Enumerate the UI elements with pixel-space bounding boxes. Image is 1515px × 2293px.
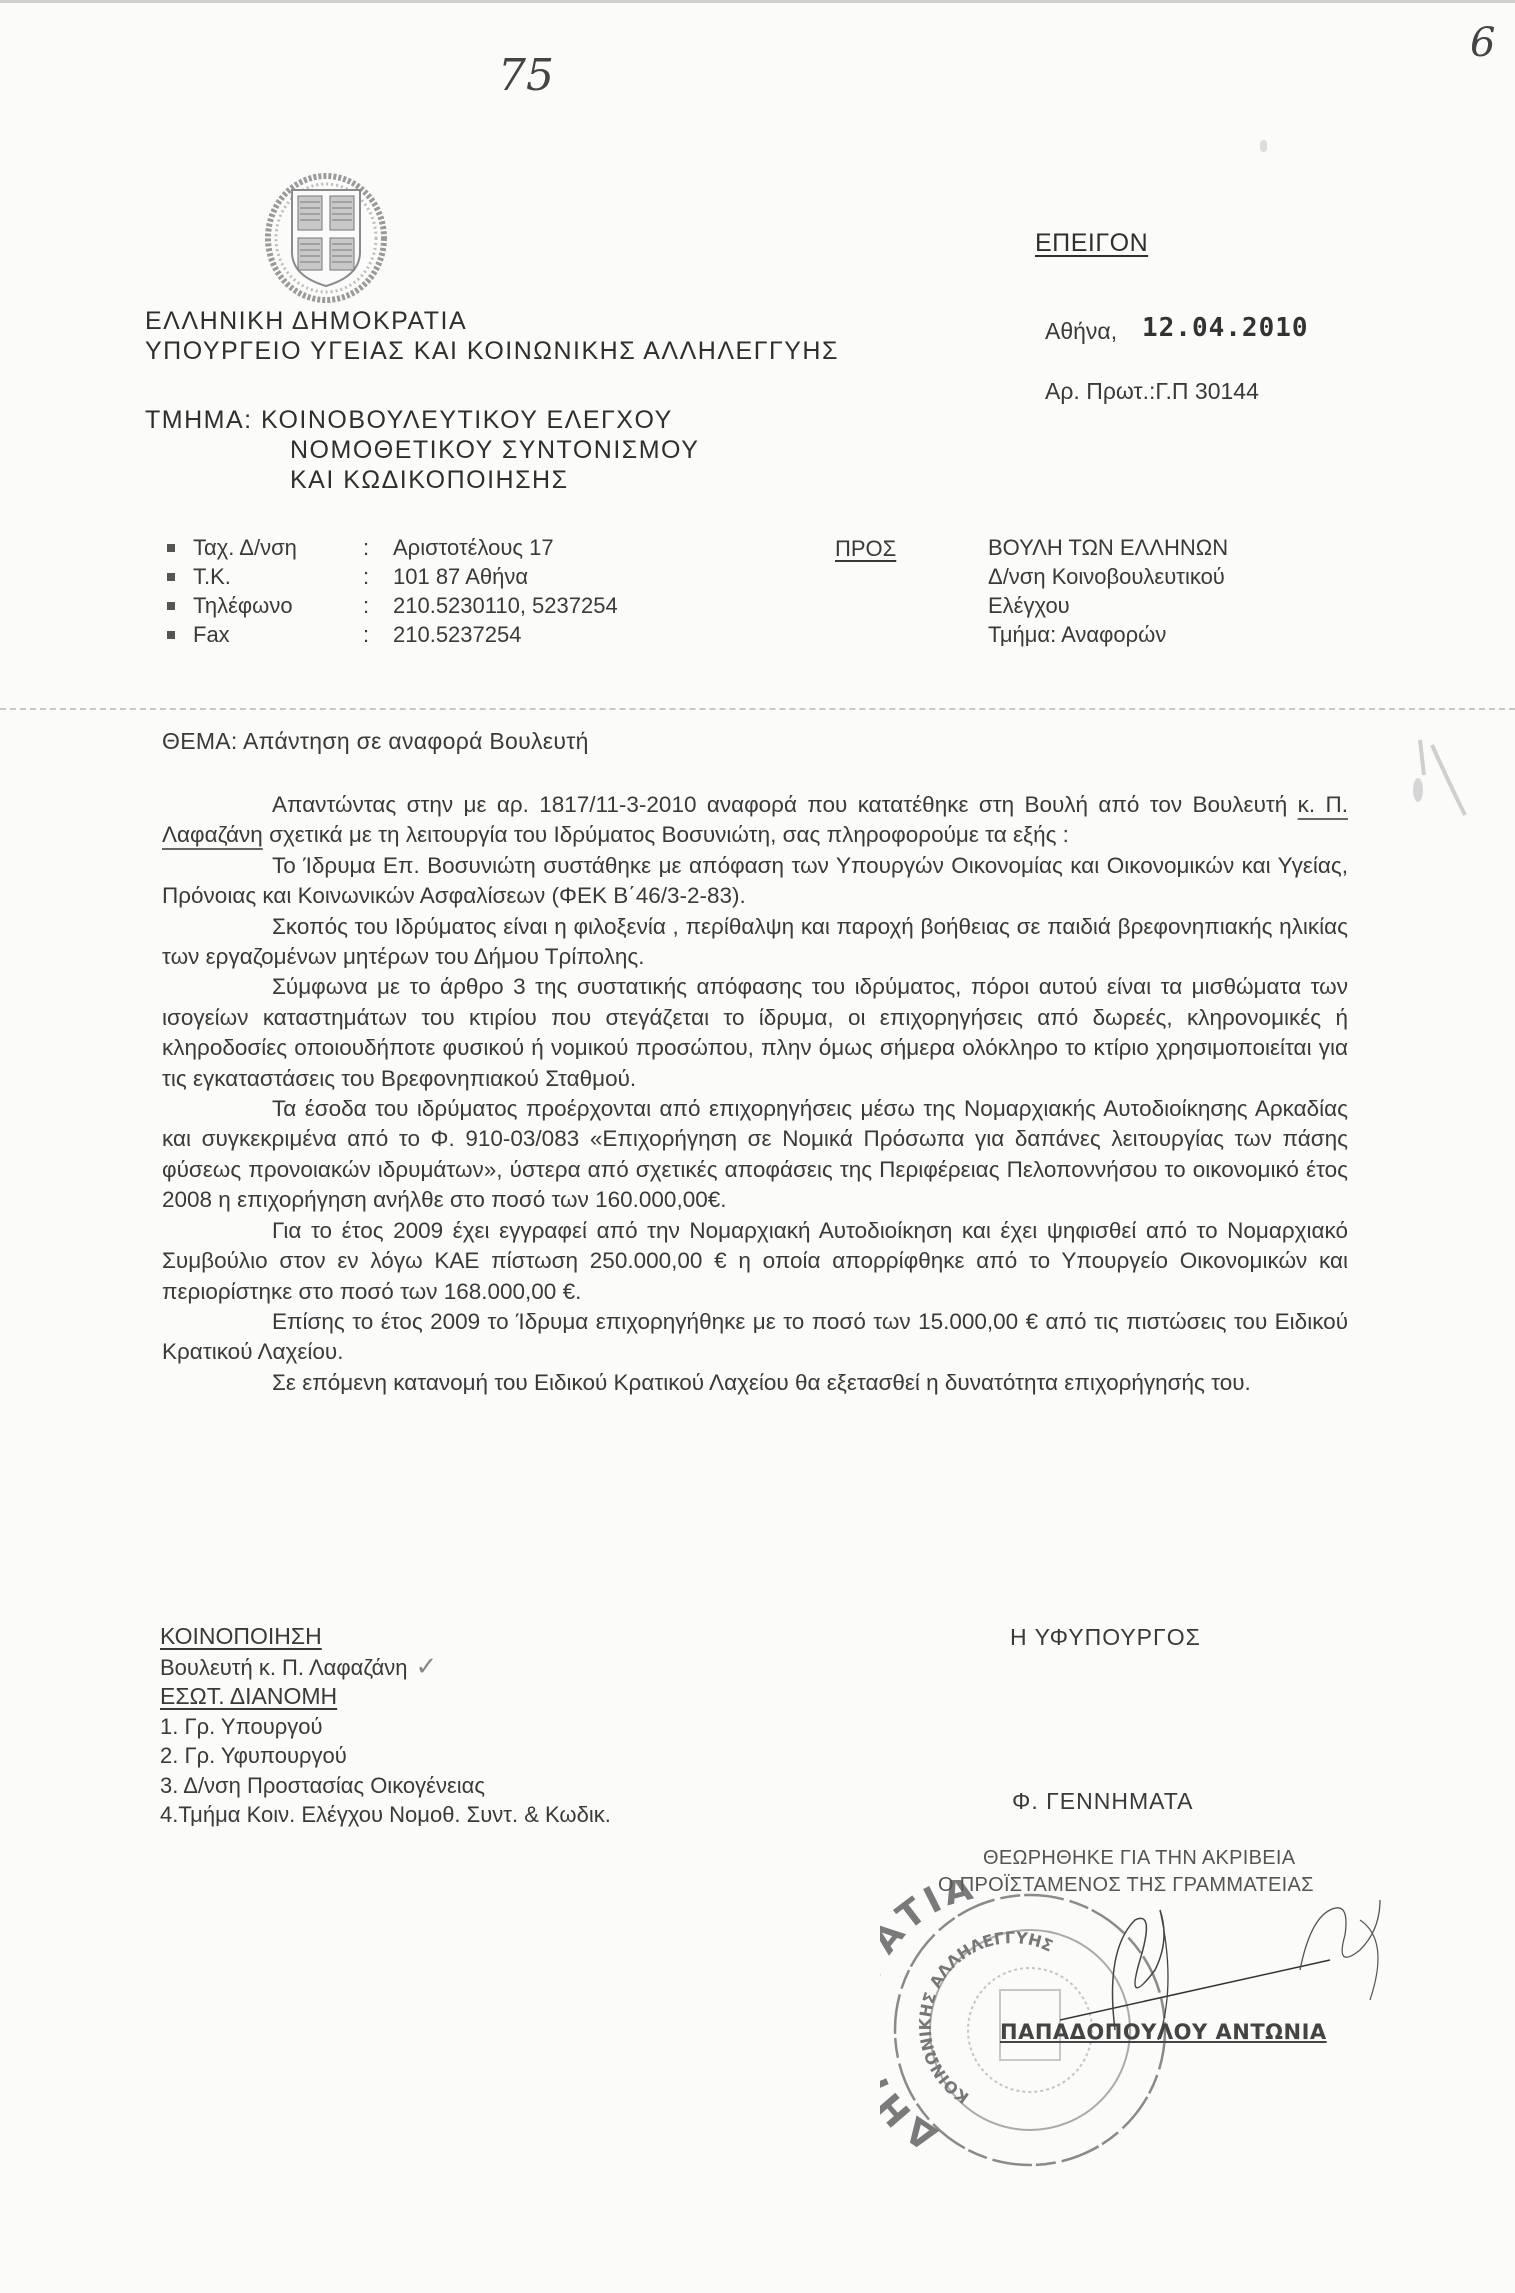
bullet-icon	[167, 631, 175, 639]
contact-row-address: Ταχ. Δ/νση : Αριστοτέλους 17	[167, 533, 618, 562]
contact-row-postcode: Τ.Κ. : 101 87 Αθήνα	[167, 562, 618, 591]
body-paragraph: Τα έσοδα του ιδρύματος προέρχονται από ε…	[162, 1094, 1348, 1216]
body-paragraph: Σκοπός του Ιδρύματος είναι η φιλοξενία ,…	[162, 912, 1348, 973]
contact-block: Ταχ. Δ/νση : Αριστοτέλους 17 Τ.Κ. : 101 …	[167, 533, 618, 649]
cc-heading: ΚΟΙΝΟΠΟΙΗΣΗ	[160, 1622, 611, 1652]
internal-distribution-item: 2. Γρ. Υφυπουργού	[160, 1741, 611, 1771]
recipient-line: ΒΟΥΛΗ ΤΩΝ ΕΛΛΗΝΩΝ	[988, 533, 1228, 562]
bullet-icon	[167, 573, 175, 581]
internal-distribution-item: 3. Δ/νση Προστασίας Οικογένειας	[160, 1771, 611, 1801]
recipient-line: Ελέγχου	[988, 591, 1228, 620]
recipient-line: Δ/νση Κοινοβουλευτικού	[988, 562, 1228, 591]
department-line-2: ΝΟΜΟΘΕΤΙΚΟΥ ΣΥΝΤΟΝΙΣΜΟΥ	[290, 436, 699, 465]
subject-line: ΘΕΜΑ: Απάντηση σε αναφορά Βουλευτή	[162, 728, 589, 755]
contact-row-fax: Fax : 210.5237254	[167, 620, 618, 649]
protocol-number: Αρ. Πρωτ.:Γ.Π 30144	[1045, 378, 1259, 405]
department-line-3: ΚΑΙ ΚΩΔΙΚΟΠΟΙΗΣΗΣ	[290, 466, 569, 495]
recipient-block: ΒΟΥΛΗ ΤΩΝ ΕΛΛΗΝΩΝ Δ/νση Κοινοβουλευτικού…	[988, 533, 1228, 649]
republic-heading: ΕΛΛΗΝΙΚΗ ΔΗΜΟΚΡΑΤΙΑ	[145, 307, 467, 336]
recipient-line: Τμήμα: Αναφορών	[988, 620, 1228, 649]
letter-body: Απαντώντας στην με αρ. 1817/11-3-2010 αν…	[162, 790, 1348, 1398]
body-paragraph: Σε επόμενη κατανομή του Ειδικού Κρατικού…	[162, 1368, 1348, 1398]
stamp-inner-text: ΚΟΙΝΩΝΙΚΗΣ ΑΛΛΗΛΕΓΓΥΗΣ	[916, 1928, 1056, 2108]
separator-line	[0, 708, 1515, 710]
handwritten-check-icon: ✓	[416, 1651, 438, 1681]
cc-recipient-row: Βουλευτή κ. Π. Λαφαζάνη✓	[160, 1652, 611, 1683]
scan-edge	[0, 0, 1515, 3]
to-label: ΠΡΟΣ	[835, 536, 896, 562]
signatory-name: Φ. ΓΕΝΝΗΜΑΤΑ	[1012, 1788, 1193, 1815]
scan-margin-mark	[1410, 735, 1470, 825]
ministry-heading: ΥΠΟΥΡΓΕΙΟ ΥΓΕΙΑΣ ΚΑΙ ΚΟΙΝΩΝΙΚΗΣ ΑΛΛΗΛΕΓΓ…	[145, 337, 839, 366]
urgent-label: ΕΠΕΙΓΟΝ	[1035, 229, 1148, 258]
handwritten-date: 12.04.2010	[1142, 313, 1309, 343]
bullet-icon	[167, 544, 175, 552]
body-paragraph: Το Ίδρυμα Επ. Βοσυνιώτη συστάθηκε με από…	[162, 851, 1348, 912]
body-paragraph: Για το έτος 2009 έχει εγγραφεί από την Ν…	[162, 1216, 1348, 1307]
department-line-1: ΤΜΗΜΑ: ΚΟΙΝΟΒΟΥΛΕΥΤΙΚΟΥ ΕΛΕΓΧΟΥ	[145, 406, 673, 435]
body-paragraph: Επίσης το έτος 2009 το Ίδρυμα επιχορηγήθ…	[162, 1307, 1348, 1368]
body-paragraph: Απαντώντας στην με αρ. 1817/11-3-2010 αν…	[162, 790, 1348, 851]
certification-line: ΘΕΩΡΗΘΗΚΕ ΓΙΑ ΤΗΝ ΑΚΡΙΒΕΙΑ	[938, 1845, 1314, 1872]
internal-distribution-item: 1. Γρ. Υπουργού	[160, 1712, 611, 1742]
handwritten-corner-mark: 6	[1470, 20, 1495, 66]
handwritten-page-number: 75	[498, 50, 554, 101]
place-label: Αθήνα,	[1045, 318, 1117, 345]
internal-distribution-heading: ΕΣΩΤ. ΔΙΑΝΟΜΗ	[160, 1682, 611, 1712]
bullet-icon	[167, 602, 175, 610]
body-paragraph: Σύμφωνα με το άρθρο 3 της συστατικής από…	[162, 972, 1348, 1094]
contact-row-phone: Τηλέφωνο : 210.5230110, 5237254	[167, 591, 618, 620]
signatory-title: Η ΥΦΥΠΟΥΡΓΟΣ	[1010, 1624, 1201, 1651]
greek-coat-of-arms-icon	[262, 172, 390, 304]
internal-distribution-item: 4.Τμήμα Κοιν. Ελέγχου Νομοθ. Συντ. & Κωδ…	[160, 1800, 611, 1830]
distribution-block: ΚΟΙΝΟΠΟΙΗΣΗ Βουλευτή κ. Π. Λαφαζάνη✓ ΕΣΩ…	[160, 1622, 611, 1830]
handwritten-signature-icon	[1060, 1880, 1440, 2040]
svg-text:ΚΟΙΝΩΝΙΚΗΣ ΑΛΛΗΛΕΓΓΥΗΣ: ΚΟΙΝΩΝΙΚΗΣ ΑΛΛΗΛΕΓΓΥΗΣ	[916, 1928, 1056, 2108]
scan-speck	[1260, 140, 1267, 152]
